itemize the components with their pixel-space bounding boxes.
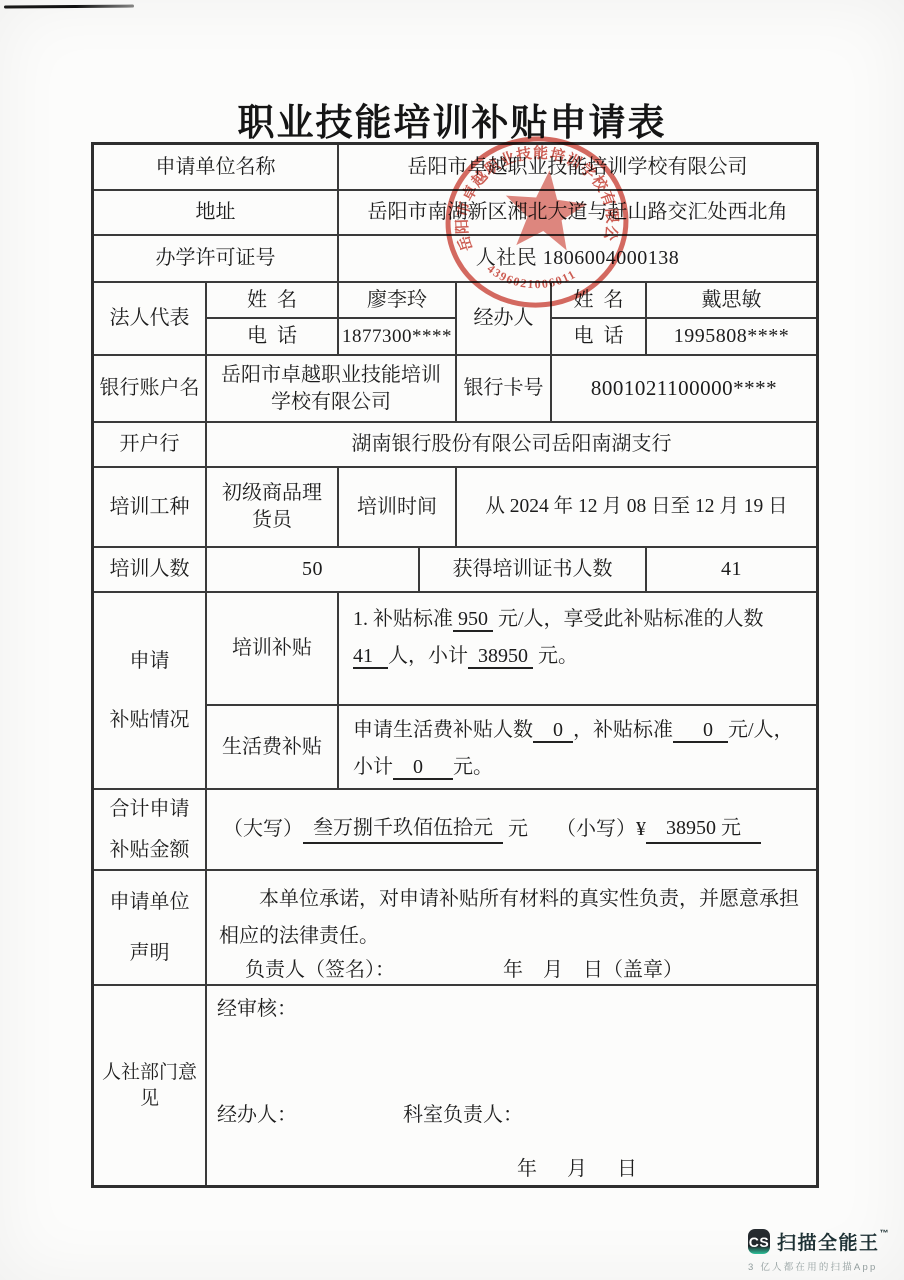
hr-agent-label: 经办人： (217, 1102, 297, 1129)
training-subsidy-text: 1. 补贴标准 (353, 608, 453, 630)
camscanner-tagline: 3 亿人都在用的扫描App (748, 1259, 890, 1273)
bank-account-label: 银行账户名 (94, 356, 207, 423)
legal-rep-phone-label: 电 话 (207, 319, 339, 356)
camscanner-name-text: 扫描全能王 (777, 1233, 880, 1254)
declaration-detail: 本单位承诺，对申请补贴所有材料的真实性负责，并愿意承担相应的法律责任。 负责人（… (207, 871, 816, 986)
legal-rep-label: 法人代表 (94, 283, 207, 356)
training-type-label: 培训工种 (94, 468, 207, 548)
training-subsidy-label: 培训补贴 (207, 593, 339, 706)
declaration-signature-label: 负责人（签名）： (245, 957, 395, 984)
unit-name-label: 申请单位名称 (94, 145, 339, 191)
total-amount-text: 元 (503, 816, 528, 843)
bank-branch-value: 湖南银行股份有限公司岳阳南湖支行 (207, 423, 816, 468)
total-amount-detail: （大写） 叁万捌千玖佰伍拾元 元（小写）¥ 38950 元 (207, 790, 816, 871)
living-subsidy-text: 元。 (453, 756, 493, 778)
bank-account-value: 岳阳市卓越职业技能培训 学校有限公司 (207, 356, 457, 423)
subsidy-section-label-line2: 补贴情况 (110, 707, 190, 734)
total-amount-text: （大写） (223, 816, 303, 843)
declaration-label: 申请单位 声明 (94, 871, 207, 986)
training-subsidy-standard: 950 (453, 608, 493, 632)
training-type-value: 初级商品理货员 (207, 468, 339, 548)
living-subsidy-standard: 0 (673, 719, 728, 743)
training-subsidy-text: 人，小计 (388, 645, 468, 667)
living-subsidy-detail: 申请生活费补贴人数 0 ，补贴标准 0 元/人，小计 0 元。 (339, 706, 816, 790)
living-subsidy-label: 生活费补贴 (207, 706, 339, 790)
declaration-date-label: 年 月 日（盖章） (503, 957, 683, 984)
agent-name-label: 姓 名 (552, 283, 647, 319)
legal-rep-name-value: 廖李玲 (339, 283, 457, 319)
camscanner-name: 扫描全能王™ (777, 1228, 890, 1255)
training-time-label: 培训时间 (339, 468, 457, 548)
living-subsidy-text: ，补贴标准 (573, 719, 673, 741)
training-subsidy-text: 元。 (533, 645, 578, 667)
address-label: 地址 (94, 191, 339, 236)
declaration-label-line2: 声明 (130, 940, 170, 967)
bank-branch-label: 开户行 (94, 423, 207, 468)
camscanner-watermark: CS 扫描全能王™ 3 亿人都在用的扫描App (748, 1228, 890, 1273)
trademark-symbol: ™ (880, 1228, 891, 1238)
application-form-table: 申请单位名称 岳阳市卓越职业技能培训学校有限公司 地址 岳阳市南湖新区湘北大道与… (91, 142, 819, 1188)
address-value: 岳阳市南湖新区湘北大道与赶山路交汇处西北角 (339, 191, 816, 236)
bank-card-label: 银行卡号 (457, 356, 552, 423)
hr-opinion-detail: 经审核： 经办人： 科室负责人： 年 月 日 (207, 986, 816, 1185)
scanned-document-page: 职业技能培训补贴申请表 申请单位名称 岳阳市卓越职业技能培训学校有限公司 地址 … (0, 0, 904, 1280)
unit-name-value: 岳阳市卓越职业技能培训学校有限公司 (339, 145, 816, 191)
license-label: 办学许可证号 (94, 236, 339, 283)
subsidy-section-label-line1: 申请 (130, 648, 170, 675)
cert-count-value: 41 (647, 548, 816, 593)
bank-card-value: 8001021100000**** (552, 356, 816, 423)
total-amount-label-line2: 补贴金额 (110, 837, 190, 864)
legal-rep-phone-value: 1877300**** (339, 319, 457, 356)
training-subsidy-subtotal: 38950 (468, 645, 533, 669)
legal-rep-name-label: 姓 名 (207, 283, 339, 319)
agent-name-value: 戴思敏 (647, 283, 816, 319)
total-amount-numeric: 38950 元 (646, 815, 761, 844)
cert-count-label: 获得培训证书人数 (420, 548, 647, 593)
total-amount-text: （小写）¥ (556, 816, 646, 843)
hr-opinion-label: 人社部门意见 (94, 986, 207, 1185)
hr-review-label: 经审核： (217, 996, 297, 1023)
training-subsidy-detail: 1. 补贴标准 950 元/人，享受此补贴标准的人数 41 人，小计 38950… (339, 593, 816, 706)
scan-artifact-line (4, 5, 134, 9)
hr-dept-head-label: 科室负责人： (403, 1102, 523, 1129)
declaration-text: 本单位承诺，对申请补贴所有材料的真实性负责，并愿意承担相应的法律责任。 (219, 881, 802, 955)
living-subsidy-people: 0 (533, 719, 573, 743)
trainee-count-value: 50 (207, 548, 420, 593)
training-subsidy-text: 元/人，享受此补贴标准的人数 (493, 608, 764, 630)
agent-phone-value: 1995808**** (647, 319, 816, 356)
declaration-label-line1: 申请单位 (110, 889, 190, 916)
camscanner-logo-badge: CS (748, 1229, 770, 1254)
living-subsidy-subtotal: 0 (393, 756, 453, 780)
total-amount-capital: 叁万捌千玖佰伍拾元 (303, 815, 503, 844)
subsidy-section-label: 申请 补贴情况 (94, 593, 207, 790)
agent-phone-label: 电 话 (552, 319, 647, 356)
training-time-value: 从 2024 年 12 月 08 日至 12 月 19 日 (457, 468, 816, 548)
page-title: 职业技能培训补贴申请表 (0, 92, 904, 146)
agent-label: 经办人 (457, 283, 552, 356)
hr-date-label: 年 月 日 (517, 1156, 637, 1183)
total-amount-label-line1: 合计申请 (110, 796, 190, 823)
training-subsidy-people: 41 (353, 645, 388, 669)
license-value: 人社民 1806004000138 (339, 236, 816, 283)
living-subsidy-text: 申请生活费补贴人数 (353, 719, 533, 741)
total-amount-label: 合计申请 补贴金额 (94, 790, 207, 871)
trainee-count-label: 培训人数 (94, 548, 207, 593)
